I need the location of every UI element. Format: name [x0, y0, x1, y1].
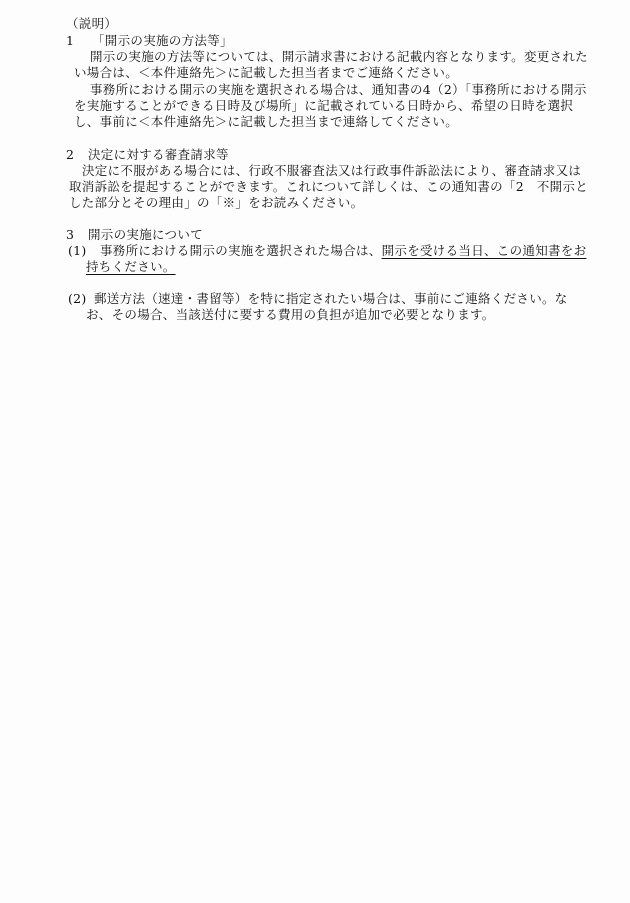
item-2-label: (2): [68, 291, 87, 307]
section-1-title: 「開示の実施の方法等」: [92, 33, 233, 49]
section-1-para-2-line-2: を実施することができる日時及び場所」に記載されている日時から、希望の日時を選択: [74, 98, 573, 114]
item-2-line-1: 郵送方法（速達・書留等）を特に指定されたい場合は、事前にご連絡ください。な: [94, 291, 568, 307]
item-1-line-1: 事務所における開示の実施を選択された場合は、開示を受ける当日、この通知書をお: [100, 243, 586, 259]
section-1-para-2-line-3: し、事前に＜本件連絡先＞に記載した担当まで連絡してください。: [74, 114, 458, 130]
section-2-line-1: 決定に不服がある場合には、行政不服審査法又は行政事件訴訟法により、審査請求又は: [82, 163, 581, 179]
item-1-label: (1): [68, 243, 87, 259]
item-1-underlined-text-2: 持ちください。: [86, 259, 176, 275]
section-2-number: 2: [66, 147, 74, 163]
item-1-underlined-text-1: 開示を受ける当日、この通知書をお: [382, 243, 587, 258]
section-2-title: 決定に対する審査請求等: [88, 147, 229, 163]
section-3-title: 開示の実施について: [88, 227, 203, 243]
item-2-line-2: お、その場合、当該送付に要する費用の負担が追加で必要となります。: [86, 307, 495, 323]
section-2-line-2: 取消訴訟を提起することができます。これについて詳しくは、この通知書の「2 不開示…: [69, 179, 588, 195]
section-1-para-1-line-2: い場合は、＜本件連絡先＞に記載した担当者までご連絡ください。: [74, 65, 458, 81]
section-1-number: 1: [66, 33, 74, 49]
section-1-para-2-line-1: 事務所における開示の実施を選択される場合は、通知書の4（2）「事務所における開示: [90, 82, 587, 98]
section-2-line-3: した部分とその理由」の「※」をお読みください。: [69, 195, 363, 211]
section-3-number: 3: [66, 227, 74, 243]
section-1-para-1-line-1: 開示の実施の方法等については、開示請求書における記載内容となります。変更された: [90, 49, 588, 65]
explanation-heading: （説明）: [66, 16, 117, 32]
item-1-text: 事務所における開示の実施を選択された場合は、: [100, 243, 382, 258]
